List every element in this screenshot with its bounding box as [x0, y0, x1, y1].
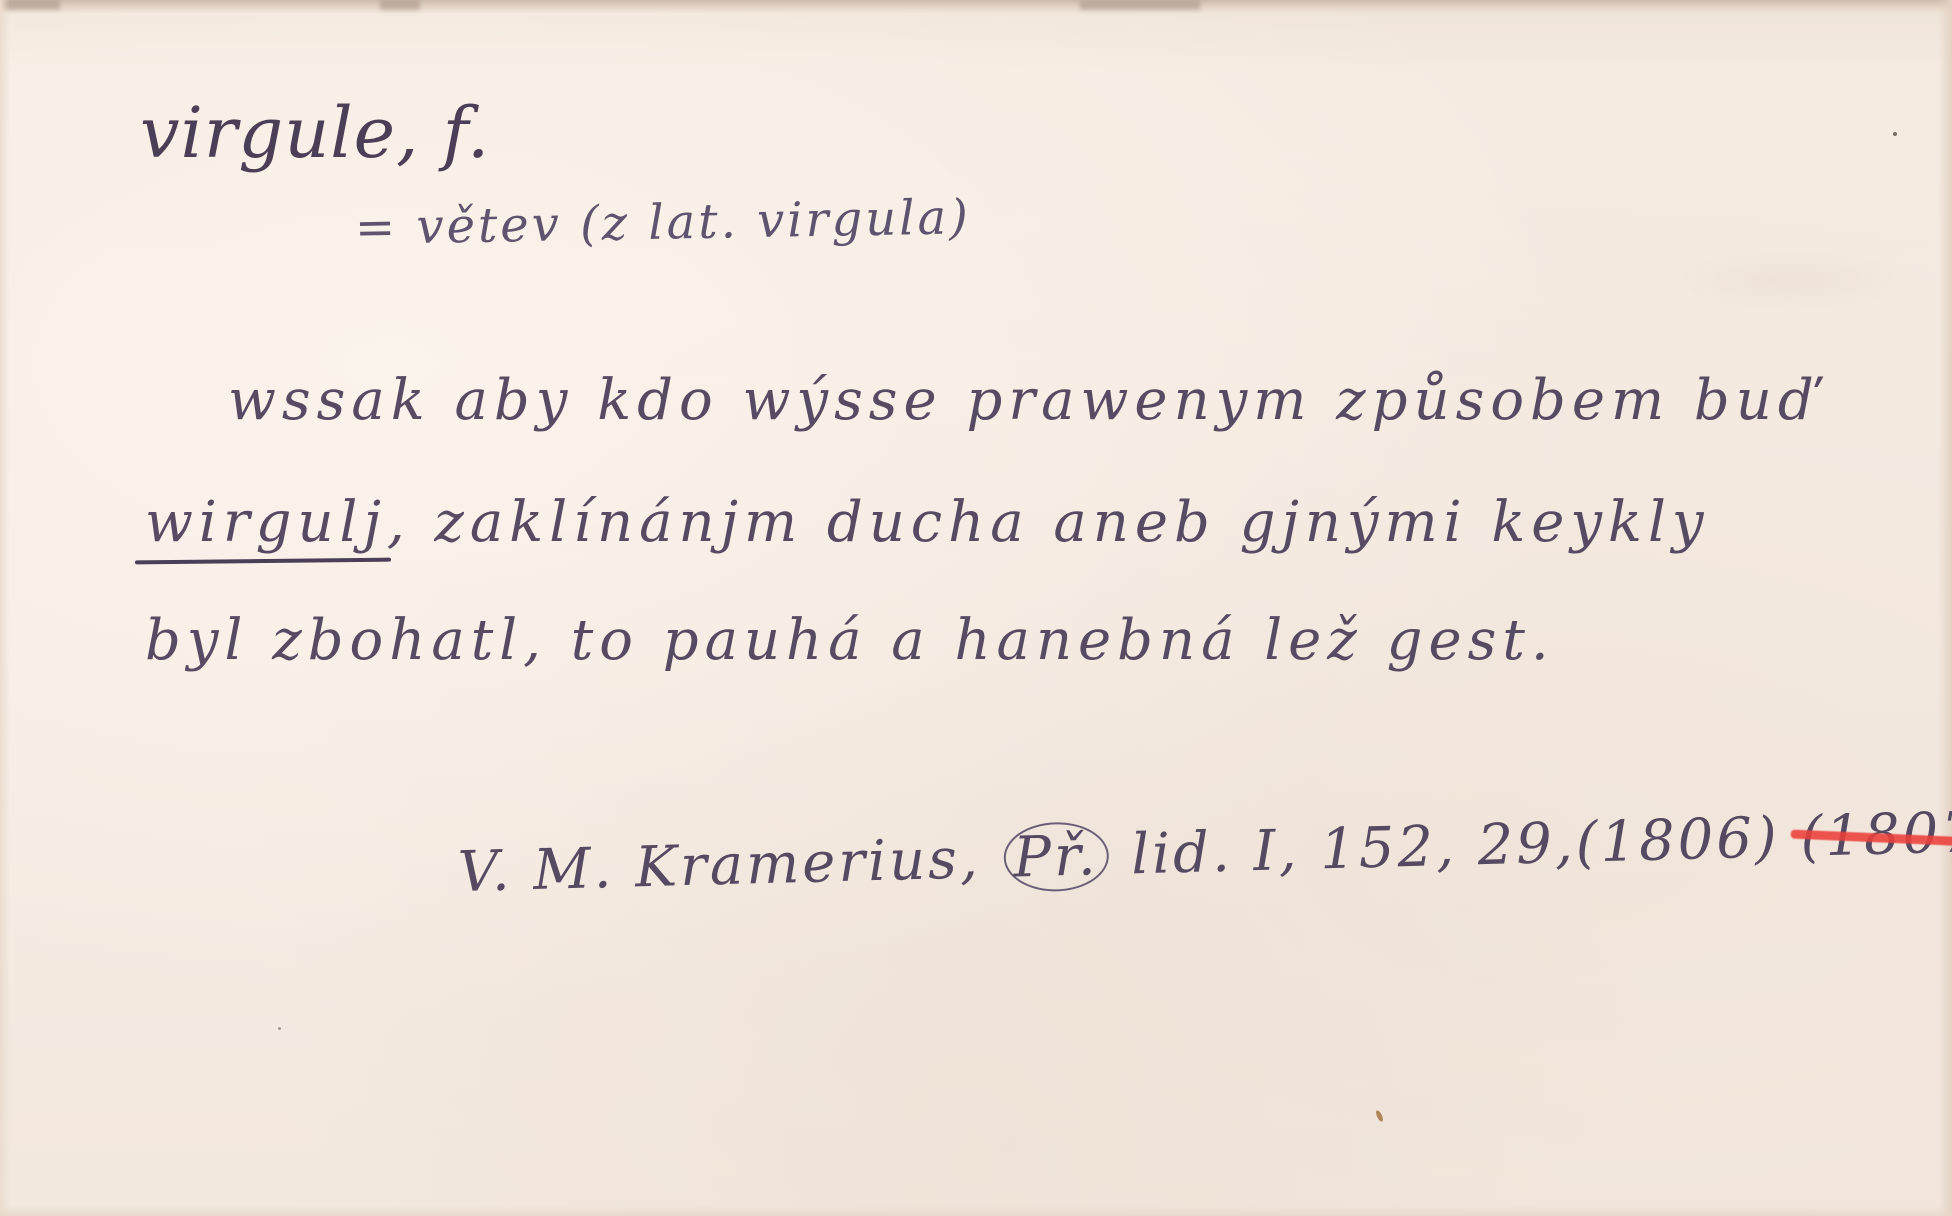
citation-work-reference: lid. I, 152, 29,	[1130, 811, 1576, 888]
paper-crease	[1660, 250, 1920, 310]
struck-out-year: (1807)	[1800, 800, 1952, 870]
underlined-keyword: wirgulj	[145, 490, 387, 555]
quotation-line-2: wirgulj, zaklínánjm ducha aneb gjnými ke…	[145, 490, 1710, 555]
headword: virgule, f.	[140, 92, 490, 174]
citation-author: V. M. Kramerius,	[457, 826, 981, 905]
quotation-line-1: wssak aby kdo wýsse prawenym způsobem bu…	[228, 368, 1820, 433]
gloss-definition: = větev (z lat. virgula)	[355, 189, 972, 256]
citation-year: (1806)	[1575, 805, 1781, 875]
source-citation: V. M. Kramerius, Př. lid. I, 152, 29,(18…	[457, 798, 1952, 907]
paper-speck	[278, 1027, 281, 1030]
paper-speck	[1375, 1110, 1385, 1123]
scan-right-edge	[1938, 0, 1952, 1216]
quotation-line-3: byl zbohatl, to pauhá a hanebná lež gest…	[145, 608, 1555, 673]
paper-speck	[1893, 132, 1897, 136]
scan-left-edge	[0, 0, 10, 1216]
dictionary-slip: virgule, f. = větev (z lat. virgula) wss…	[0, 0, 1952, 1216]
scan-bottom-edge	[0, 1206, 1952, 1216]
citation-work-abbreviation: Př.	[1002, 821, 1109, 893]
quotation-line-2-rest: , zaklínánjm ducha aneb gjnými keykly	[387, 490, 1710, 555]
scan-top-edge	[0, 0, 1952, 14]
